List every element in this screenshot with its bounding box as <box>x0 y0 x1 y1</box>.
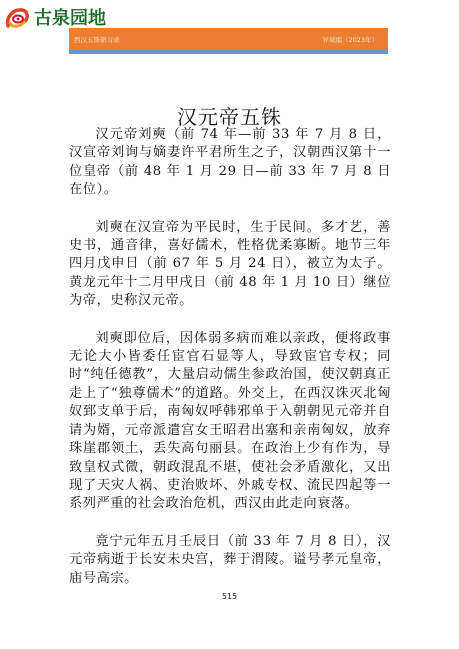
document-body: 汉元帝刘奭（前 74 年—前 33 年 7 月 8 日，汉宣帝刘询与嫡妻许平君所… <box>69 126 391 607</box>
paragraph: 汉元帝刘奭（前 74 年—前 33 年 7 月 8 日，汉宣帝刘询与嫡妻许平君所… <box>69 126 391 200</box>
header-book-title: 西汉五铢研习录 <box>74 35 120 44</box>
paragraph: 刘奭即位后，因体弱多病而难以亲政，便将政事无论大小皆委任宦官石显等人，导致宦官专… <box>69 330 391 514</box>
running-header: 西汉五铢研习录 异域编（2023年） <box>69 28 388 50</box>
page-number: 515 <box>0 592 459 601</box>
paragraph: 刘奭在汉宣帝为平民时，生于民间。多才艺，善史书，通音律，喜好儒术，性格优柔寡断。… <box>69 219 391 311</box>
header-accent-strip <box>69 50 388 54</box>
paragraph: 竟宁元年五月壬辰日（前 33 年 7 月 8 日），汉元帝病逝于长安未央宫，葬于… <box>69 533 391 588</box>
header-volume-label: 异域编（2023年） <box>322 35 378 44</box>
logo-swirl-icon <box>4 6 30 32</box>
